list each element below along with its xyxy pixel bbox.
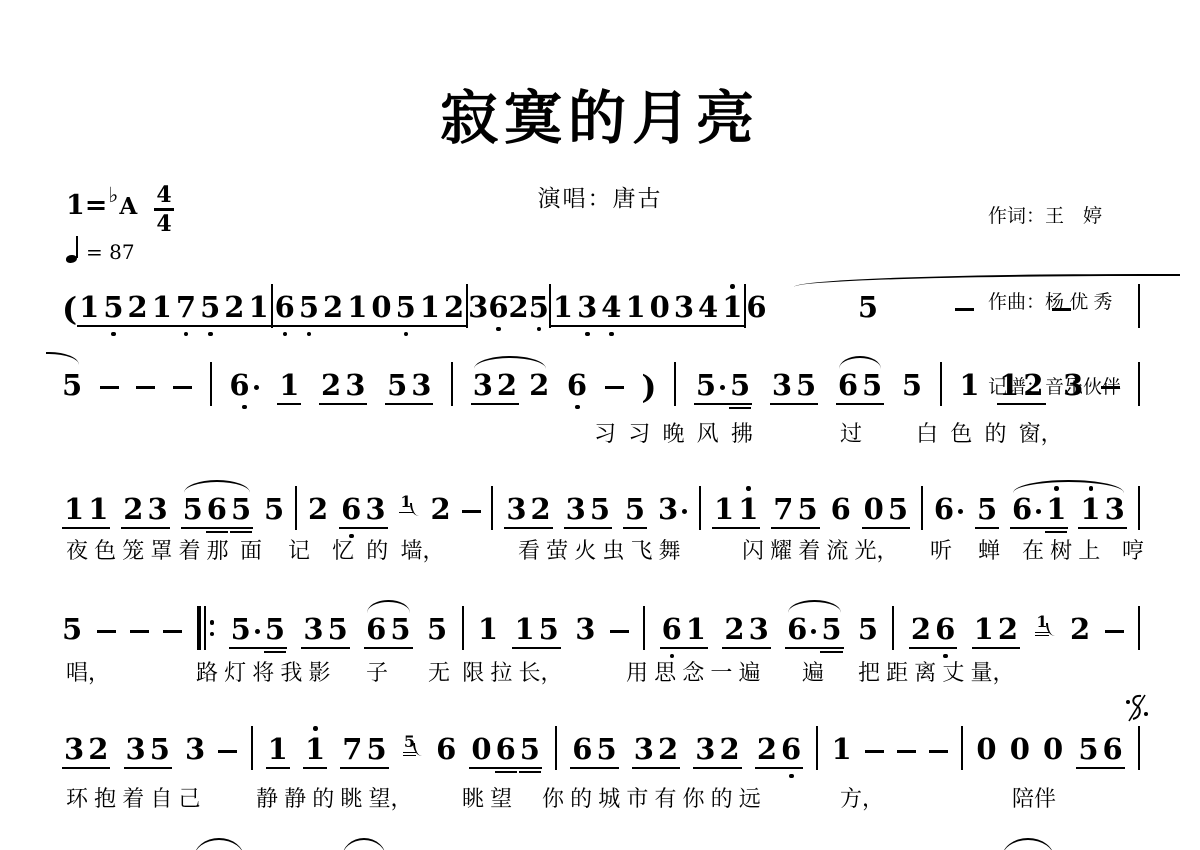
note: 5 (862, 371, 882, 400)
duration-dash (97, 630, 116, 634)
eighth-underline (469, 767, 542, 770)
note-digit: 1 (305, 735, 325, 764)
note-digit: 5 (62, 371, 82, 400)
barline (295, 486, 297, 530)
sixteenth-underline (230, 531, 252, 534)
octave-dot-below (789, 774, 794, 779)
note: 5 (596, 735, 616, 764)
note: 5 (858, 615, 878, 644)
note-digit: 5 (390, 615, 410, 644)
note: 3 (345, 371, 365, 400)
beam-group: 55 (694, 371, 752, 400)
sixteenth-underline (1045, 531, 1067, 534)
note: 5 (183, 495, 203, 524)
beam-group: 35 (124, 735, 172, 764)
lyric-text: 过 (840, 421, 862, 447)
eighth-underline (385, 403, 433, 406)
note-digit: 2 (497, 371, 517, 400)
beam-group: 41 (599, 293, 647, 322)
note: 5 (264, 495, 284, 524)
barline (961, 726, 963, 770)
parenthesis: ) (641, 371, 656, 403)
note-digit: 7 (342, 735, 362, 764)
eighth-underline (266, 767, 290, 770)
note-digit: 3 (749, 615, 769, 644)
beam-group: 21 (126, 293, 174, 322)
note-digit: 1 (625, 293, 645, 322)
eighth-underline (909, 647, 957, 650)
beam-group: 5 (623, 495, 647, 524)
note: 6 (488, 293, 508, 322)
note: 1 (268, 735, 288, 764)
parenthesis: ( (62, 293, 77, 325)
barline (674, 362, 676, 406)
note-digit: 5 (299, 293, 319, 322)
song-title: 寂寞的月亮 (0, 84, 1200, 154)
repeat-start-barline (197, 606, 215, 650)
sheet-music-page: 寂寞的月亮 演唱：唐古 作词：王 婷 作曲：杨 优 秀 记谱：音乐伙伴 1= ♭… (0, 0, 1200, 850)
note: 2 (724, 615, 744, 644)
note-digit: 5 (396, 293, 416, 322)
note: 7 (176, 293, 196, 322)
note-digit: 3 (577, 293, 597, 322)
note: 1 (999, 371, 1019, 400)
eighth-underline (174, 325, 222, 328)
octave-dot-below (609, 332, 614, 337)
duration-dash (865, 750, 884, 754)
lyric-text: 环 抱 着 自 己 (66, 786, 200, 812)
note: 5 (797, 495, 817, 524)
note: 6 (781, 735, 801, 764)
note-digit: 6 (838, 371, 858, 400)
note: 2 (323, 293, 343, 322)
note: 2 (1070, 615, 1090, 644)
note-digit: 6 (935, 615, 955, 644)
note: 1 (738, 495, 758, 524)
note-digit: 1 (553, 293, 573, 322)
note-digit: 1 (152, 293, 172, 322)
lyric-text: 用 思 念 一 遍 (626, 660, 760, 686)
lyric-text: 夜 色 笼 罩 着 那 (66, 538, 229, 564)
duration-dash (218, 750, 237, 754)
note: 6 (275, 293, 295, 322)
barline (251, 726, 253, 770)
note: 5 (625, 495, 645, 524)
eighth-underline (564, 527, 612, 530)
octave-dot-below (283, 332, 288, 337)
note: 1 (88, 495, 108, 524)
note-digit: 6 (781, 735, 801, 764)
music-line: 3235311755606565323226100056 (62, 732, 1140, 764)
grace-underline (403, 755, 416, 757)
note-digit: 0 (1043, 735, 1063, 764)
beam-group: 23 (121, 495, 169, 524)
octave-dot-below (575, 405, 580, 410)
augmentation-dot (682, 509, 687, 514)
note-digit: 1 (1080, 495, 1100, 524)
eighth-underline (551, 325, 599, 328)
eighth-underline (504, 527, 552, 530)
note-digit: 3 (695, 735, 715, 764)
grace-note: 1 (1036, 614, 1047, 630)
note: 7 (773, 495, 793, 524)
beam-group: 65 (364, 615, 412, 644)
lyric-text: 听 (930, 538, 952, 564)
note: 2 (430, 495, 450, 524)
time-top: 4 (156, 184, 171, 206)
lyric-text: 哼 (1122, 538, 1144, 564)
note-digit: 3 (185, 735, 205, 764)
note: 3 (147, 495, 167, 524)
note-digit: 5 (625, 495, 645, 524)
duration-dash (100, 386, 119, 390)
note: 2 (123, 495, 143, 524)
beam-group: 11 (712, 495, 760, 524)
note-digit: 5 (796, 371, 816, 400)
note: 5 (977, 495, 997, 524)
note-digit: 5 (231, 495, 251, 524)
slur-group: 322 (471, 371, 550, 400)
note: 6 (229, 371, 259, 400)
augmentation-dot (255, 629, 260, 634)
eighth-underline (303, 767, 327, 770)
beam-group: 1 (303, 735, 327, 764)
augmentation-dot (720, 385, 725, 390)
eighth-underline (339, 527, 387, 530)
note: 5 (888, 495, 908, 524)
beam-group: 53 (385, 371, 433, 400)
eighth-underline (694, 403, 752, 406)
eighth-underline (1010, 527, 1068, 530)
grace-underline (1035, 632, 1048, 634)
barline (699, 486, 701, 530)
note: 5 (539, 615, 559, 644)
beam-group: 61 (1010, 495, 1068, 524)
note-digit: 5 (183, 495, 203, 524)
beam-group: 75 (174, 293, 222, 322)
note-digit: 4 (698, 293, 718, 322)
beam-group: 05 (369, 293, 417, 322)
eighth-underline (660, 647, 708, 650)
eighth-underline (181, 527, 254, 530)
note-digit: 5 (596, 735, 616, 764)
octave-dot-above (313, 726, 318, 731)
music-line: 5553565511536123655261212 (62, 612, 1140, 644)
grace-note: 5 (404, 734, 415, 750)
note-digit: 2 (757, 735, 777, 764)
duration-dash (955, 308, 974, 312)
beam-group: 1 (266, 735, 290, 764)
note: 2 (998, 615, 1018, 644)
note-digit: 2 (658, 735, 678, 764)
music-line: 56123533226)55356551123 (62, 368, 1140, 400)
note-digit: 6 (229, 371, 249, 400)
beam-group: 63 (339, 495, 387, 524)
note: 0 (976, 735, 996, 764)
barline (491, 486, 493, 530)
note-digit: 1 (279, 371, 299, 400)
note: 6 (831, 495, 851, 524)
note: 2 (308, 495, 328, 524)
eighth-underline (124, 767, 172, 770)
eighth-underline (770, 403, 818, 406)
octave-dot-below (184, 332, 189, 337)
note: 6 (787, 615, 817, 644)
beam-group: 32 (693, 735, 741, 764)
slur-arc-partial (342, 838, 386, 850)
lyric-text: 面 (240, 538, 262, 564)
barline (643, 606, 645, 650)
note-digit: 5 (387, 371, 407, 400)
lyric-text: 路 灯 将 我 影 (196, 660, 330, 686)
note-digit: 0 (371, 293, 391, 322)
note-digit: 5 (62, 615, 82, 644)
note-digit: 3 (468, 293, 488, 322)
note-digit: 6 (275, 293, 295, 322)
eighth-underline (62, 767, 110, 770)
beam-group: 26 (755, 735, 803, 764)
octave-dot-below (242, 405, 247, 410)
slur-group: 565 (181, 495, 254, 524)
note: 1 (478, 615, 498, 644)
beam-group: 21 (321, 293, 369, 322)
note: 2 (757, 735, 777, 764)
note: 5 (231, 495, 251, 524)
eighth-underline (1076, 767, 1124, 770)
duration-dash (130, 630, 149, 634)
note: 5 (62, 371, 82, 400)
duration-dash (929, 750, 948, 754)
key-letter: A (119, 195, 137, 218)
note: 0 (1043, 735, 1063, 764)
note-digit: 3 (126, 735, 146, 764)
note: 6 (1012, 495, 1042, 524)
note-digit: 6 (488, 293, 508, 322)
note-digit: 1 (831, 735, 851, 764)
slur-arc-partial (1002, 838, 1054, 850)
note-digit: 2 (724, 615, 744, 644)
slur-group: 6113 (1010, 495, 1127, 524)
slur-group: 65 (836, 371, 884, 400)
repeat-dot (210, 620, 215, 625)
octave-dot-below (307, 332, 312, 337)
note-digit: 6 (366, 615, 386, 644)
eighth-underline (229, 647, 287, 650)
note: 0 (650, 293, 670, 322)
note: 1 (1080, 495, 1100, 524)
note-digit: 6 (787, 615, 807, 644)
note: 1 (514, 615, 534, 644)
note-digit: 1 (722, 293, 742, 322)
note-digit: 1 (420, 293, 440, 322)
eighth-underline (755, 767, 803, 770)
barline (1138, 486, 1140, 530)
duration-dash (462, 510, 481, 514)
eighth-underline (77, 325, 125, 328)
beam-group: 13 (551, 293, 599, 322)
eighth-underline (599, 325, 647, 328)
note-digit: 5 (103, 293, 123, 322)
octave-dot-below (943, 654, 948, 659)
note-digit: 6 (436, 735, 456, 764)
beam-group: 23 (722, 615, 770, 644)
note: 2 (531, 495, 551, 524)
note-digit: 2 (308, 495, 328, 524)
beam-group: 32 (471, 371, 519, 400)
lyricist-credit: 作词：王 婷 (988, 203, 1121, 232)
note: 3 (303, 615, 323, 644)
duration-dash (897, 750, 916, 754)
barline (940, 362, 942, 406)
lyric-text: 白 色 的 窗， (916, 421, 1063, 447)
octave-dot-above (730, 284, 735, 289)
note: 3 (185, 735, 205, 764)
note: 6 (567, 371, 587, 400)
note: 5 (590, 495, 610, 524)
key-signature: 1= ♭ A (66, 192, 137, 219)
beam-group: 32 (632, 735, 680, 764)
eighth-underline (1078, 527, 1126, 530)
note: 3 (473, 371, 493, 400)
note-digit: 2 (529, 371, 549, 400)
barline (451, 362, 453, 406)
note: 6 (838, 371, 858, 400)
note-digit: 2 (128, 293, 148, 322)
note: 7 (342, 735, 362, 764)
beam-group: 32 (62, 735, 110, 764)
note: 1 (64, 495, 84, 524)
eighth-underline (273, 325, 321, 328)
note-digit: 0 (650, 293, 670, 322)
grace-underline (1035, 635, 1048, 637)
beam-group: 35 (564, 495, 612, 524)
beam-group: 21 (222, 293, 270, 322)
note-digit: 6 (496, 735, 516, 764)
note-digit: 5 (858, 293, 878, 322)
note: 0 (471, 735, 491, 764)
note-digit: 3 (674, 293, 694, 322)
note: 3 (772, 371, 792, 400)
lyric-text: 眺 望 (462, 786, 512, 812)
note: 5 (390, 615, 410, 644)
beam-group: 75 (771, 495, 819, 524)
note-digit: 1 (714, 495, 734, 524)
eighth-underline (222, 325, 270, 328)
beam-group: 41 (696, 293, 744, 322)
note: 2 (719, 735, 739, 764)
note: 2 (128, 293, 148, 322)
note: 5 (387, 371, 407, 400)
note: 6 (746, 293, 766, 322)
eighth-underline (570, 767, 618, 770)
note-digit: 5 (150, 735, 170, 764)
note-digit: 2 (998, 615, 1018, 644)
note: 2 (444, 293, 464, 322)
note: 0 (1010, 735, 1030, 764)
note-digit: 5 (858, 615, 878, 644)
note: 0 (371, 293, 391, 322)
eighth-underline (277, 403, 301, 406)
note-digit: 2 (509, 293, 529, 322)
eighth-underline (693, 767, 741, 770)
barline (921, 486, 923, 530)
note: 3 (468, 293, 488, 322)
note: 4 (698, 293, 718, 322)
note: 3 (634, 735, 654, 764)
octave-dot-below (111, 332, 116, 337)
eighth-underline (369, 325, 417, 328)
note: 1 (722, 293, 742, 322)
note-digit: 6 (831, 495, 851, 524)
note: 1 (305, 735, 325, 764)
note: 5 (150, 735, 170, 764)
note-digit: 2 (911, 615, 931, 644)
eighth-underline (975, 527, 999, 530)
note: 5 (299, 293, 319, 322)
lyric-text: 蝉 (978, 538, 1000, 564)
note-digit: 5 (427, 615, 447, 644)
note: 3 (674, 293, 694, 322)
eighth-underline (648, 325, 696, 328)
note: 2 (658, 735, 678, 764)
note-digit: 3 (634, 735, 654, 764)
slur-group: 65 (785, 615, 843, 644)
beam-group: 65 (836, 371, 884, 400)
repeat-dots (210, 620, 215, 636)
octave-dot-below (670, 654, 675, 659)
note-digit: 6 (341, 495, 361, 524)
eighth-underline (319, 403, 367, 406)
note: 5 (821, 615, 841, 644)
note: 5 (730, 371, 750, 400)
note-digit: 3 (575, 615, 595, 644)
octave-dot-above (746, 486, 751, 491)
note-digit: 3 (473, 371, 493, 400)
eighth-underline (632, 767, 680, 770)
note: 6 (935, 615, 955, 644)
beam-group: 35 (301, 615, 349, 644)
note: 3 (506, 495, 526, 524)
eighth-underline (340, 767, 388, 770)
note: 1 (279, 371, 299, 400)
duration-dash (605, 386, 624, 390)
lyric-text: 子 (366, 660, 388, 686)
thin-bar (204, 606, 206, 650)
note-digit: 1 (514, 615, 534, 644)
note-digit: 7 (773, 495, 793, 524)
note: 5 (796, 371, 816, 400)
barline (1138, 606, 1140, 650)
note-digit: 2 (321, 371, 341, 400)
augmentation-dot (811, 629, 816, 634)
note-digit: 1 (1046, 495, 1066, 524)
note: 5 (396, 293, 416, 322)
grace-underline (399, 512, 412, 514)
sixteenth-underline (820, 651, 842, 654)
beam-group: 1 (277, 371, 301, 400)
lyric-text: 唱， (66, 660, 110, 686)
note-digit: 5 (1078, 735, 1098, 764)
note-digit: 1 (738, 495, 758, 524)
note: 5 (902, 371, 922, 400)
note: 1 (347, 293, 367, 322)
eighth-underline (62, 527, 110, 530)
barline (462, 606, 464, 650)
eighth-underline (364, 647, 412, 650)
note-digit: 2 (88, 735, 108, 764)
note-digit: 5 (730, 371, 750, 400)
note: 2 (911, 615, 931, 644)
